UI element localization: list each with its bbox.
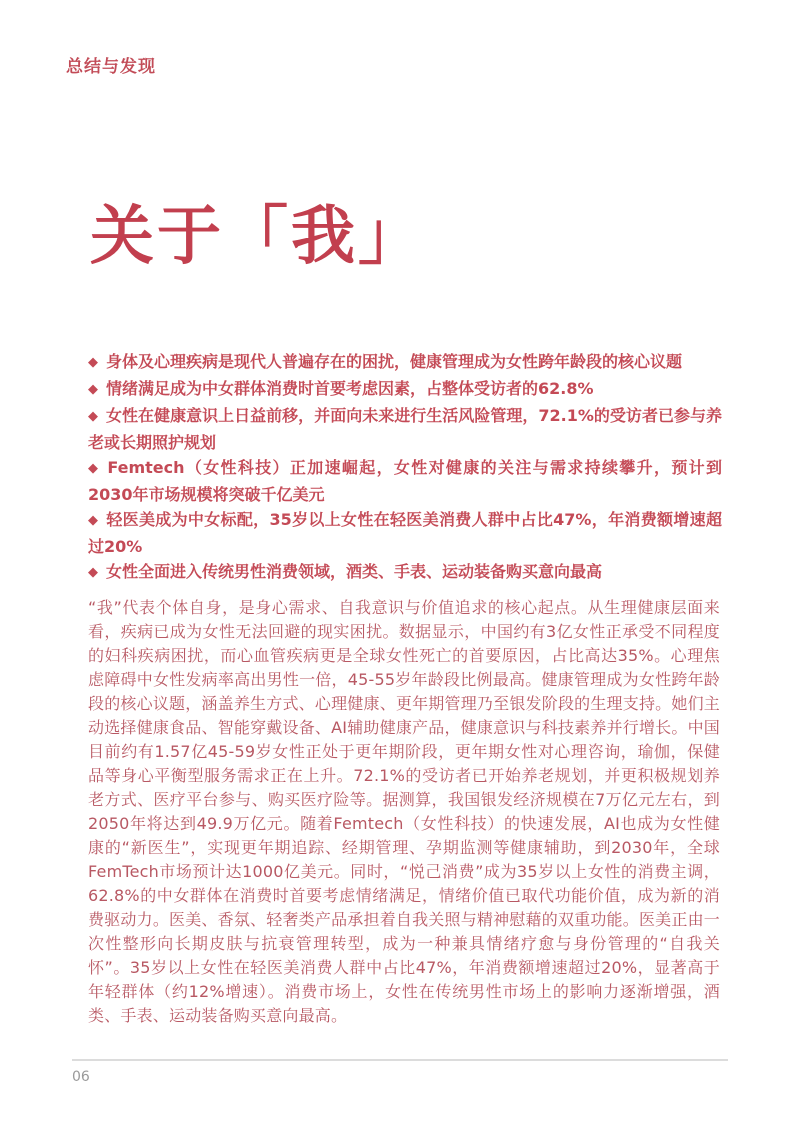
list-item-text: 情绪满足成为中女群体消费时首要考虑因素，占整体受访者的62.8% [106,379,594,398]
key-findings-list: ◆身体及心理疾病是现代人普遍存在的困扰，健康管理成为女性跨年龄段的核心议题 ◆情… [88,349,722,586]
list-item-text: 轻医美成为中女标配，35岁以上女性在轻医美消费人群中占比47%，年消费额增速超过… [88,510,722,556]
list-item-text: 女性全面进入传统男性消费领域，酒类、手表、运动装备购买意向最高 [106,562,602,581]
list-item: ◆轻医美成为中女标配，35岁以上女性在轻医美消费人群中占比47%，年消费额增速超… [88,507,722,559]
diamond-bullet-icon: ◆ [88,461,99,476]
diamond-bullet-icon: ◆ [88,565,98,580]
body-paragraph: “我”代表个体自身，是身心需求、自我意识与价值追求的核心起点。从生理健康层面来看… [88,596,720,1028]
diamond-bullet-icon: ◆ [88,355,98,370]
list-item: ◆Femtech（女性科技）正加速崛起，女性对健康的关注与需求持续攀升，预计到2… [88,455,722,507]
list-item-text: 女性在健康意识上日益前移，并面向未来进行生活风险管理，72.1%的受访者已参与养… [88,406,722,452]
page-number: 06 [72,1069,90,1085]
list-item-text: Femtech（女性科技）正加速崛起，女性对健康的关注与需求持续攀升，预计到20… [88,458,722,504]
footer-divider [72,1059,728,1061]
report-page: 总结与发现 关于「我」 ◆身体及心理疾病是现代人普遍存在的困扰，健康管理成为女性… [0,0,800,1131]
diamond-bullet-icon: ◆ [88,409,98,424]
list-item: ◆身体及心理疾病是现代人普遍存在的困扰，健康管理成为女性跨年龄段的核心议题 [88,349,722,376]
page-title: 关于「我」 [90,196,425,279]
list-item: ◆情绪满足成为中女群体消费时首要考虑因素，占整体受访者的62.8% [88,376,722,403]
list-item: ◆女性在健康意识上日益前移，并面向未来进行生活风险管理，72.1%的受访者已参与… [88,403,722,455]
list-item-text: 身体及心理疾病是现代人普遍存在的困扰，健康管理成为女性跨年龄段的核心议题 [106,352,682,371]
diamond-bullet-icon: ◆ [88,513,98,528]
section-header: 总结与发现 [66,52,156,77]
list-item: ◆女性全面进入传统男性消费领域，酒类、手表、运动装备购买意向最高 [88,559,722,586]
diamond-bullet-icon: ◆ [88,382,98,397]
